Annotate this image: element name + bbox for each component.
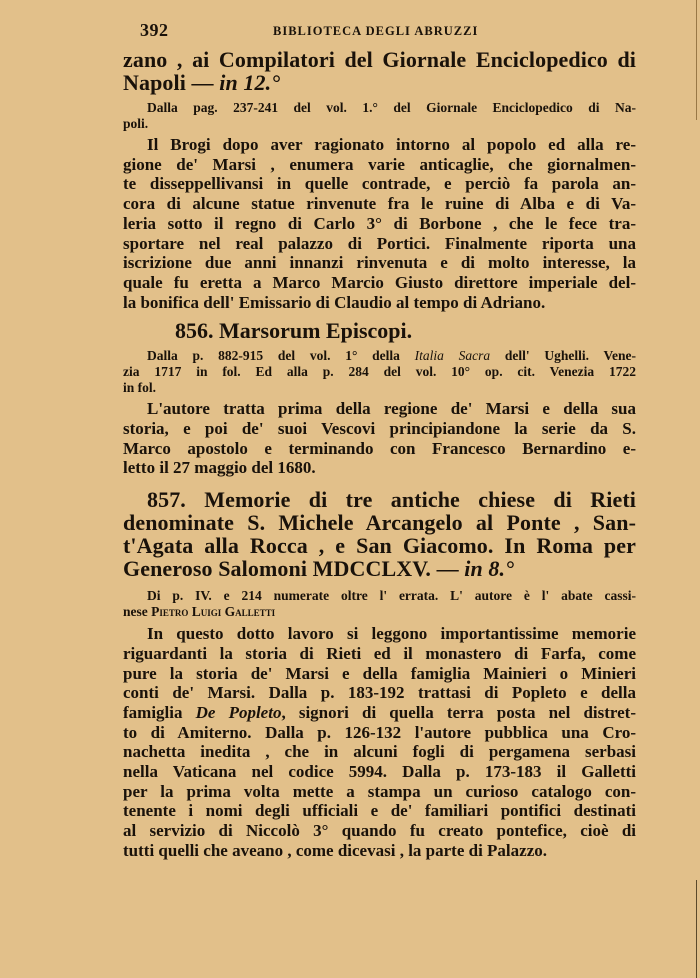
body-line: te disseppellivansi in quelle contrade, … (123, 174, 636, 194)
body-line: cora di alcune statue rinvenute fra le r… (123, 194, 636, 214)
note-line: Dalla p. 882-915 del vol. 1° della Itali… (123, 348, 636, 364)
author-name: Pietro Luigi Galletti (151, 604, 275, 619)
body-line: conti de' Marsi. Dalla p. 183-192 tratta… (123, 683, 636, 703)
entry-855-description: Il Brogi dopo aver ragionato intorno al … (123, 135, 636, 312)
title-line: t'Agata alla Rocca , e San Giacomo. In R… (123, 534, 636, 557)
body-line: In questo dotto lavoro si leggono import… (123, 624, 636, 644)
body-line: L'autore tratta prima della regione de' … (123, 399, 636, 419)
body-line: letto il 27 maggio del 1680. (123, 458, 636, 478)
body-line: iscrizione due anni innanzi rinvenuta e … (123, 253, 636, 273)
note-line: nese Pietro Luigi Galletti (123, 604, 636, 620)
body-line: Marco apostolo e terminando con Francesc… (123, 439, 636, 459)
body-line: la bonifica dell' Emissario di Claudio a… (123, 293, 636, 313)
body-line: gione de' Marsi , enumera varie anticagl… (123, 155, 636, 175)
entry-856-heading: 856. Marsorum Episcopi. (123, 318, 636, 344)
entry-857-title: 857. Memorie di tre antiche chiese di Ri… (123, 488, 636, 580)
body-line: Il Brogi dopo aver ragionato intorno al … (123, 135, 636, 155)
note-line: poli. (123, 116, 636, 132)
entry-857-description: In questo dotto lavoro si leggono import… (123, 624, 636, 860)
italic-family-name: De Popleto (196, 703, 282, 722)
entry-856-bibliographic-note: Dalla p. 882-915 del vol. 1° della Itali… (123, 348, 636, 396)
title-line: Generoso Salomoni MDCCLXV. — in 8.° (123, 557, 636, 580)
format-label: in 8.° (464, 556, 514, 581)
entry-856-description: L'autore tratta prima della regione de' … (123, 399, 636, 478)
book-page: 392 BIBLIOTECA DEGLI ABRUZZI zano , ai C… (123, 18, 636, 861)
body-line: tenente i nomi degli ufficiali e de' fam… (123, 801, 636, 821)
title-line: Napoli — in 12.° (123, 71, 636, 94)
note-text: dell' Ughelli. Vene- (490, 348, 636, 363)
page-edge-shadow-top (696, 0, 697, 120)
body-line: tutti quelli che aveano , come dicevasi … (123, 841, 636, 861)
body-text: , signori di quella terra posta nel dist… (281, 703, 636, 722)
note-line: zia 1717 in fol. Ed alla p. 284 del vol.… (123, 364, 636, 380)
body-line: per la prima volta mette a stampa un cur… (123, 782, 636, 802)
body-line: pure la storia de' Marsi e della famigli… (123, 664, 636, 684)
note-line: in fol. (123, 380, 636, 396)
title-line: 857. Memorie di tre antiche chiese di Ri… (123, 488, 636, 511)
format-label: in 12.° (219, 70, 280, 95)
note-text: nese (123, 604, 151, 619)
title-line: zano , ai Compilatori del Giornale Encic… (123, 48, 636, 71)
body-line: quale fu eretta a Marco Marcio Giusto di… (123, 273, 636, 293)
body-line: sportare nel real palazzo di Portici. Fi… (123, 234, 636, 254)
body-line: nachetta inedita , che in alcuni fogli d… (123, 742, 636, 762)
page-edge-shadow-bottom (696, 880, 697, 978)
body-line: storia, e poi de' suoi Vescovi principia… (123, 419, 636, 439)
entry-855-bibliographic-note: Dalla pag. 237-241 del vol. 1.° del Gior… (123, 100, 636, 132)
title-text: Generoso Salomoni MDCCLXV. — (123, 556, 464, 581)
running-head: 392 BIBLIOTECA DEGLI ABRUZZI (123, 18, 636, 42)
running-title: BIBLIOTECA DEGLI ABRUZZI (273, 24, 478, 39)
note-line: Di p. IV. e 214 numerate oltre l' errata… (123, 588, 636, 604)
page-number: 392 (140, 20, 169, 41)
body-text: famiglia (123, 703, 196, 722)
entry-857-bibliographic-note: Di p. IV. e 214 numerate oltre l' errata… (123, 588, 636, 620)
italic-title: Italia Sacra (415, 348, 491, 363)
body-line: to di Amiterno. Dalla p. 126-132 l'autor… (123, 723, 636, 743)
body-line: famiglia De Popleto, signori di quella t… (123, 703, 636, 723)
note-text: Dalla p. 882-915 del vol. 1° della (147, 348, 415, 363)
note-line: Dalla pag. 237-241 del vol. 1.° del Gior… (123, 100, 636, 116)
entry-855-title-continuation: zano , ai Compilatori del Giornale Encic… (123, 48, 636, 94)
title-line: denominate S. Michele Arcangelo al Ponte… (123, 511, 636, 534)
body-line: leria sotto il regno di Carlo 3° di Borb… (123, 214, 636, 234)
body-line: riguardanti la storia di Rieti ed il mon… (123, 644, 636, 664)
title-text: Napoli — (123, 70, 219, 95)
body-line: al servizio di Niccolò 3° quando fu crea… (123, 821, 636, 841)
body-line: nella Vaticana nel codice 5994. Dalla p.… (123, 762, 636, 782)
